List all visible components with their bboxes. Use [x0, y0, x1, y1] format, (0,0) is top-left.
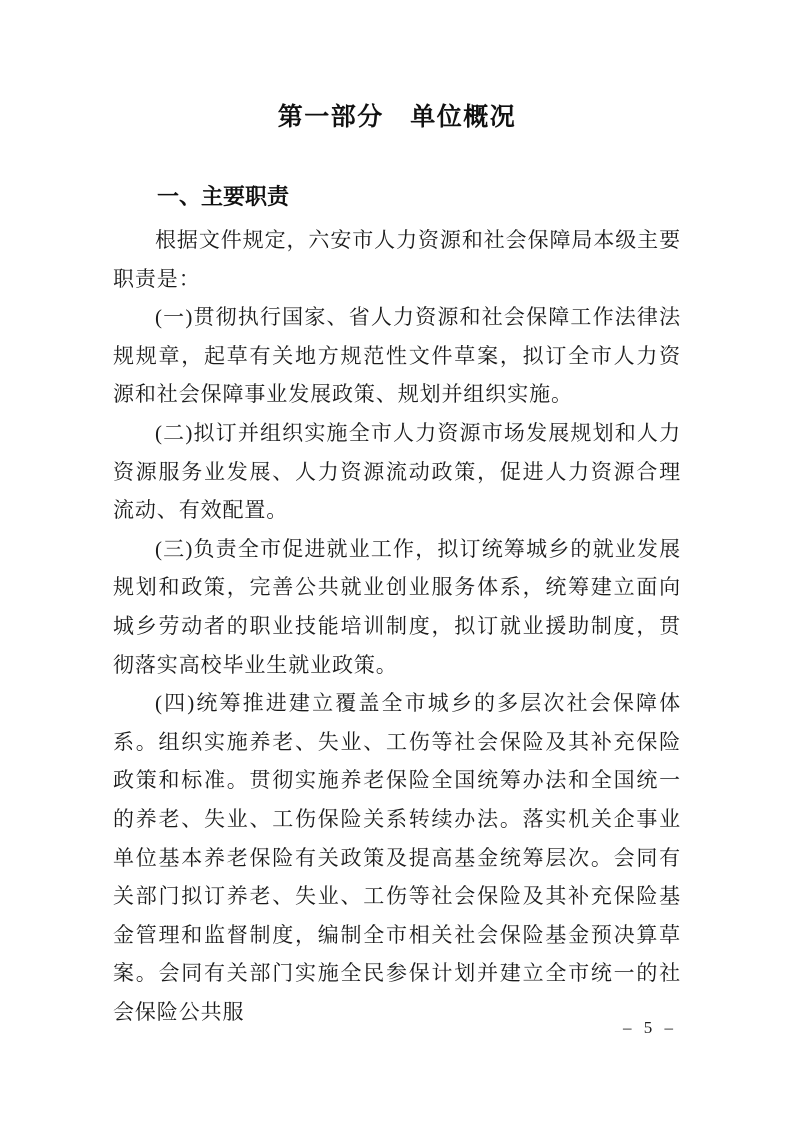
- paragraph: 根据文件规定，六安市人力资源和社会保障局本级主要职责是：: [113, 221, 681, 298]
- section-heading: 一、主要职责: [113, 182, 681, 212]
- paragraph: (一)贯彻执行国家、省人力资源和社会保障工作法律法规规章，起草有关地方规范性文件…: [113, 298, 681, 414]
- document-body: 根据文件规定，六安市人力资源和社会保障局本级主要职责是：(一)贯彻执行国家、省人…: [113, 221, 681, 1031]
- page-number: – 5 –: [623, 1018, 677, 1038]
- document-page: 第一部分 单位概况 一、主要职责 根据文件规定，六安市人力资源和社会保障局本级主…: [0, 0, 793, 1122]
- paragraph: (三)负责全市促进就业工作，拟订统筹城乡的就业发展规划和政策，完善公共就业创业服…: [113, 530, 681, 684]
- paragraph: (二)拟订并组织实施全市人力资源市场发展规划和人力资源服务业发展、人力资源流动政…: [113, 414, 681, 530]
- paragraph: (四)统筹推进建立覆盖全市城乡的多层次社会保障体系。组织实施养老、失业、工伤等社…: [113, 684, 681, 1031]
- page-title: 第一部分 单位概况: [113, 101, 681, 134]
